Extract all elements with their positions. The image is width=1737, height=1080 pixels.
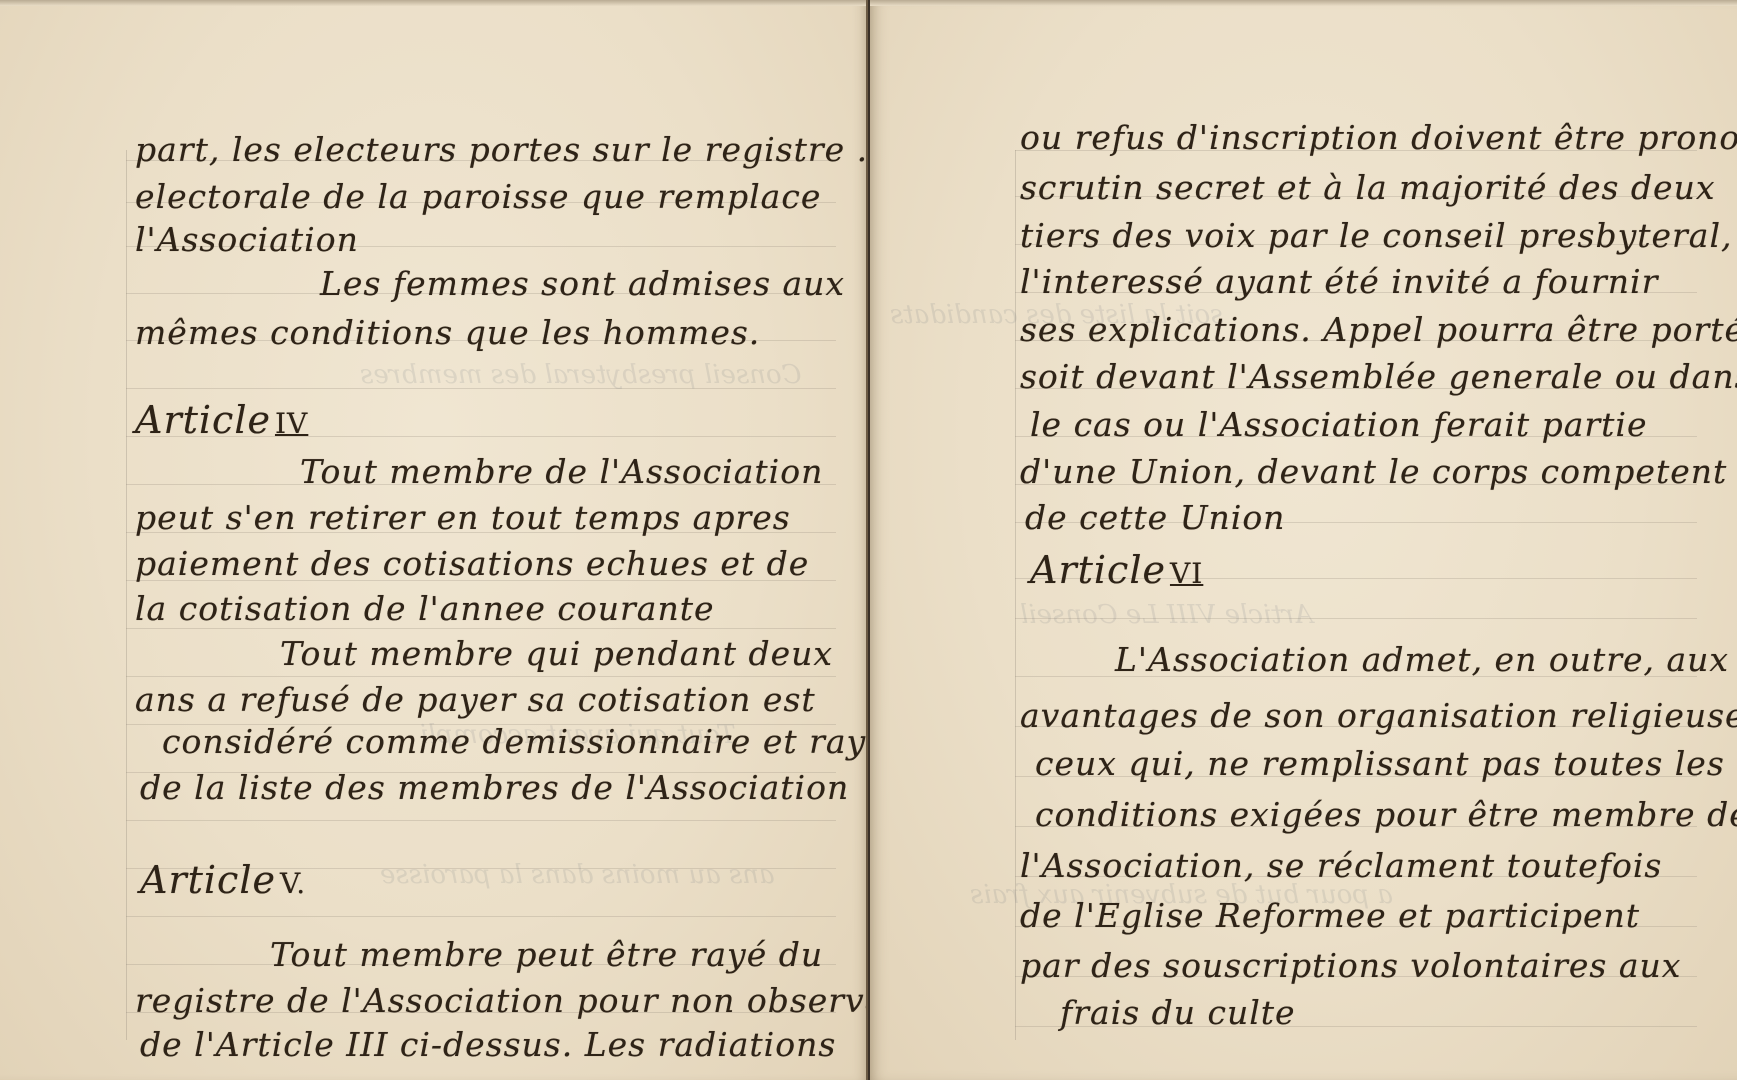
text-line: d'une Union, devant le corps competent (1020, 452, 1727, 491)
article-heading-vi: ArticleVI (1030, 548, 1203, 592)
article-number: VI (1170, 557, 1203, 590)
right-page: soit la liste des candidats Article VIII… (870, 0, 1737, 1080)
page-top-edge (870, 0, 1737, 6)
text-line: la cotisation de l'annee courante (135, 589, 715, 628)
text-line: ou refus d'inscription doivent être pron… (1020, 118, 1737, 157)
text-line: paiement des cotisations echues et de (135, 544, 809, 583)
rule (126, 820, 836, 821)
rule (126, 916, 836, 917)
article-number: IV (275, 407, 308, 440)
text-line: part, les electeurs portes sur le regist… (135, 130, 868, 169)
text-line: L'Association admet, en outre, aux (1115, 640, 1729, 679)
text-line: avantages de son organisation religieuse (1020, 696, 1737, 735)
article-number: V. (280, 867, 306, 900)
text-line: l'Association (135, 220, 359, 259)
article-label: Article (1030, 548, 1166, 592)
text-line: soit devant l'Assemblée generale ou dans (1020, 357, 1737, 396)
text-line: l'interessé ayant été invité a fournir (1020, 262, 1658, 301)
article-label: Article (140, 858, 276, 902)
text-line: le cas ou l'Association ferait partie (1030, 405, 1648, 444)
text-line: ans a refusé de payer sa cotisation est (135, 680, 816, 719)
text-line: conditions exigées pour être membre de (1035, 795, 1737, 834)
text-line: Tout membre qui pendant deux (280, 634, 833, 673)
text-line: electorale de la paroisse que remplace (135, 177, 821, 216)
text-line: de la liste des membres de l'Association (140, 768, 849, 807)
bleed-through-text: Conseil presbyteral des membres (360, 360, 802, 390)
text-line: registre de l'Association pour non obser… (135, 981, 868, 1020)
text-line: ses explications. Appel pourra être port… (1020, 310, 1737, 349)
article-label: Article (135, 398, 271, 442)
bleed-through-text: Article VIII Le Conseil (1020, 600, 1313, 630)
text-line: scrutin secret et à la majorité des deux (1020, 168, 1715, 207)
text-line: ceux qui, ne remplissant pas toutes les (1035, 744, 1725, 783)
text-line: de cette Union (1025, 498, 1285, 537)
text-line: par des souscriptions volontaires aux (1020, 946, 1681, 985)
rule (126, 628, 836, 629)
text-line: mêmes conditions que les hommes. (135, 313, 760, 352)
text-line: frais du culte (1060, 993, 1296, 1032)
text-line: l'Association, se réclament toutefois (1020, 846, 1662, 885)
text-line: considéré comme demissionnaire et rayé (162, 722, 868, 761)
text-line: Tout membre de l'Association (300, 452, 823, 491)
text-line: de l'Article III ci-dessus. Les radiatio… (140, 1025, 836, 1064)
left-page: Conseil presbyteral des membres Tout qui… (0, 0, 868, 1080)
article-heading-iv: ArticleIV (135, 398, 308, 442)
margin-rule (126, 150, 127, 1040)
bleed-through-text: ans au moins dans la paroisse (380, 860, 775, 890)
page-top-edge (0, 0, 866, 6)
text-line: peut s'en retirer en tout temps apres (135, 498, 791, 537)
text-line: tiers des voix par le conseil presbytera… (1020, 216, 1733, 255)
text-line: Les femmes sont admises aux (320, 264, 845, 303)
text-line: Tout membre peut être rayé du (270, 935, 823, 974)
article-heading-v: ArticleV. (140, 858, 306, 902)
rule (126, 676, 836, 677)
text-line: de l'Eglise Reformee et participent (1020, 896, 1640, 935)
